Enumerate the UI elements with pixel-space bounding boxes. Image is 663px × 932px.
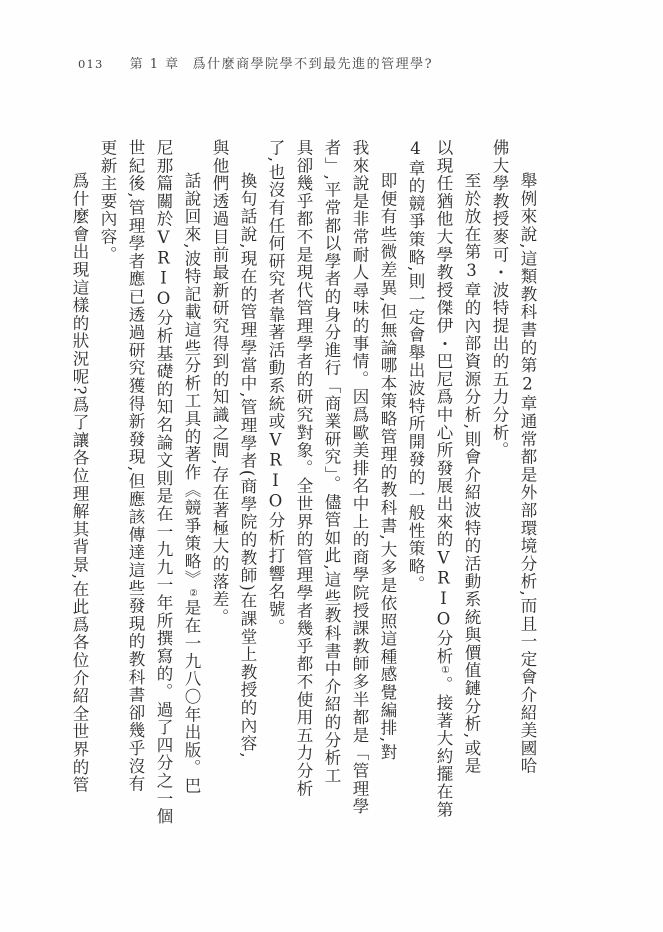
latin-upright-run: 4 <box>406 139 425 159</box>
text-column: 者」,平常都以學者的身分進行「商業研究」。儘管如此,這些教科書中介紹的分析工 <box>317 139 345 831</box>
text-column: 佛大學教授麥可・波特提出的五力分析。 <box>485 139 513 831</box>
text-run: 是在一九八〇年出版。巴 <box>182 599 201 795</box>
chapter-label: 第 1 章 <box>130 53 180 72</box>
text-run: 即便有些微差異,但無論哪本策略管理的教科書,大多是依照這種感覺編排,對 <box>378 172 397 761</box>
text-column: 更新主要內容。 <box>93 139 121 831</box>
text-run: 分析 <box>434 630 453 666</box>
text-run: 話說回來,波特記載這些分析工具的著作《競爭策略》 <box>182 172 201 588</box>
text-run: 世紀後,管理學者應已透過研究獲得新發現,但應該傳達這些發現的教科書卻幾乎沒有 <box>126 139 145 793</box>
text-column: 與他們透過目前最新研究得到的知識之間,存在著極大的落差。 <box>205 139 233 831</box>
text-column: 話說回來,波特記載這些分析工具的著作《競爭策略》②是在一九八〇年出版。巴 <box>177 139 205 831</box>
text-column: 至於放在第3章的內部資源分析,則會介紹波特的活動系統與價值鏈分析,或是 <box>457 139 485 831</box>
latin-upright-run: 3 <box>462 261 481 281</box>
text-column: 尼那篇關於VRIO分析基礎的知名論文則是在一九九一年所撰寫的。過了四分之一個 <box>149 139 177 831</box>
text-column: 具卻幾乎都不是現代管理學者的研究對象。全世界的管理學者幾乎都不使用五力分析 <box>289 139 317 831</box>
text-column: 我來說是非常耐人尋味的事情。因爲歐美排名中上的商學院授課教師多半都是「管理學 <box>345 139 373 831</box>
text-run: 換句話說,現在的管理學當中,管理學者(商學院的教師)在課堂上教授的內容, <box>238 172 257 759</box>
text-run: 舉例來說,這類教科書的第 <box>518 172 537 374</box>
footnote-marker: ② <box>188 588 199 599</box>
text-run: 尼那篇關於 <box>154 139 173 228</box>
latin-upright-run: 2 <box>518 374 537 394</box>
text-column: 以現任猶他大學教授傑伊・巴尼爲中心所發展出來的VRIO分析①。接著大約擺在第 <box>429 139 457 831</box>
text-column: 即便有些微差異,但無論哪本策略管理的教科書,大多是依照這種感覺編排,對 <box>373 139 401 831</box>
text-run: 以現任猶他大學教授傑伊・巴尼爲中心所發展出來的 <box>434 139 453 548</box>
text-run: 我來說是非常耐人尋味的事情。因爲歐美排名中上的商學院授課教師多半都是「管理學 <box>350 139 369 815</box>
text-run: 與他們透過目前最新研究得到的知識之間,存在著極大的落差。 <box>210 139 229 626</box>
text-run: 具卻幾乎都不是現代管理學者的研究對象。全世界的管理學者幾乎都不使用五力分析 <box>294 139 313 798</box>
text-run: 。接著大約擺在第 <box>434 676 453 818</box>
footnote-marker: ① <box>440 665 451 676</box>
text-run: 分析打響名號。 <box>266 512 285 637</box>
text-column: 爲什麼會出現這樣的狀況呢?爲了讓各位理解其背景,在此爲各位介紹全世界的管 <box>65 139 93 831</box>
text-run: 至於放在第 <box>462 172 481 261</box>
latin-upright-run: VRIO <box>154 228 173 309</box>
text-run: 章的競爭策略,則一定會舉出波特所開發的一般性策略。 <box>406 159 425 593</box>
text-run: 者」,平常都以學者的身分進行「商業研究」。儘管如此,這些教科書中介紹的分析工 <box>322 139 341 785</box>
body-text: 舉例來說,這類教科書的第2章通常都是外部環境分析,而且一定會介紹美國哈佛大學教授… <box>65 139 541 831</box>
text-run: 章通常都是外部環境分析,而且一定會介紹美國哈 <box>518 395 537 775</box>
text-column: 換句話說,現在的管理學當中,管理學者(商學院的教師)在課堂上教授的內容, <box>233 139 261 831</box>
text-column: 4章的競爭策略,則一定會舉出波特所開發的一般性策略。 <box>401 139 429 831</box>
text-run: 分析基礎的知名論文則是在一九九一年所撰寫的。過了四分之一個 <box>154 309 173 825</box>
text-run: 章的內部資源分析,則會介紹波特的活動系統與價值鏈分析,或是 <box>462 281 481 775</box>
text-run: 了,也沒有任何研究者靠著活動系統或 <box>266 139 285 430</box>
text-run: 佛大學教授麥可・波特提出的五力分析。 <box>490 139 509 459</box>
book-page: 013 第 1 章 爲什麼商學院學不到最先進的管理學? 舉例來說,這類教科書的第… <box>0 0 663 932</box>
text-column: 舉例來說,這類教科書的第2章通常都是外部環境分析,而且一定會介紹美國哈 <box>513 139 541 831</box>
latin-upright-run: VRIO <box>434 548 453 629</box>
text-run: 更新主要內容。 <box>98 139 117 264</box>
page-header: 013 第 1 章 爲什麼商學院學不到最先進的管理學? <box>78 53 433 72</box>
latin-upright-run: VRIO <box>266 430 285 511</box>
text-column: 世紀後,管理學者應已透過研究獲得新發現,但應該傳達這些發現的教科書卻幾乎沒有 <box>121 139 149 831</box>
chapter-title: 爲什麼商學院學不到最先進的管理學? <box>193 53 433 72</box>
text-column: 了,也沒有任何研究者靠著活動系統或VRIO分析打響名號。 <box>261 139 289 831</box>
text-run: 爲什麼會出現這樣的狀況呢?爲了讓各位理解其背景,在此爲各位介紹全世界的管 <box>70 172 89 794</box>
page-number: 013 <box>78 57 104 71</box>
